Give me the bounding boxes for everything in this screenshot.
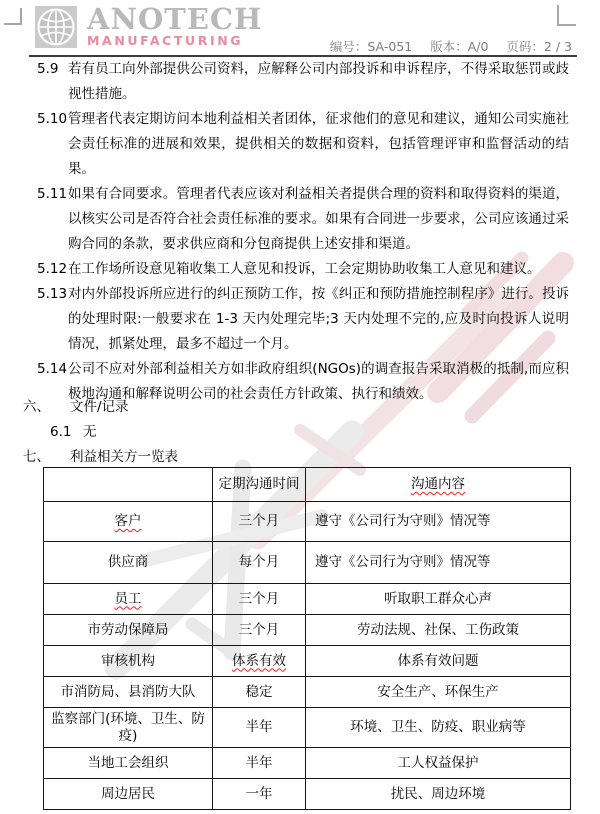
version-label: 版本：	[430, 39, 468, 54]
doc-no-value: SA-051	[367, 39, 412, 54]
table-row: 员工 三个月 听取职工群众心声	[44, 584, 571, 615]
company-logo: ANOTECH MANUFACTURING	[34, 5, 262, 49]
version-value: A/0	[468, 39, 489, 54]
stakeholder-table: 定期沟通时间 沟通内容 客户 三个月 遵守《公司行为守则》情况等 供应商 每个月…	[43, 467, 571, 810]
table-header-row: 定期沟通时间 沟通内容	[44, 468, 571, 502]
header-cell-time: 定期沟通时间	[213, 468, 306, 502]
clause-text: 若有员工向外部提供公司资料，应解释公司内部投诉和申诉程序，不得采取惩罚或歧视性措…	[68, 61, 569, 102]
clause-text: 管理者代表定期访问本地利益相关者团体，征求他们的意见和建议，通知公司实施社会责任…	[68, 111, 569, 177]
table-row: 监察部门(环境、卫生、防疫) 半年 环境、卫生、防疫、职业病等	[44, 708, 571, 748]
clause-text: 在工作场所设意见箱收集工人意见和投诉，工会定期协助收集工人意见和建议。	[68, 261, 541, 277]
crop-mark-top-right	[557, 5, 576, 26]
cell-content: 遵守《公司行为守则》情况等	[306, 542, 571, 584]
section-headings: 六、文件/记录 6.1无 七、利益相关方一览表	[23, 395, 178, 470]
cell-party: 监察部门(环境、卫生、防疫)	[44, 708, 213, 748]
header-cell-party	[44, 468, 213, 502]
page-value: 2 / 3	[544, 39, 572, 54]
section-6-number: 六、	[23, 395, 70, 420]
logo-text: ANOTECH MANUFACTURING	[87, 5, 262, 48]
clause-text: 对内外部投诉所应进行的纠正预防工作，按《纠正和预防措施控制程序》进行。投诉的处理…	[68, 286, 569, 352]
cell-time: 三个月	[213, 584, 306, 615]
cell-content: 遵守《公司行为守则》情况等	[306, 502, 571, 542]
cell-content: 听取职工群众心声	[306, 584, 571, 615]
document-page: ANOTECH MANUFACTURING 编号：SA-051 版本：A/0 页…	[0, 0, 600, 814]
cell-party: 当地工会组织	[44, 748, 213, 779]
section-6-item: 6.1无	[50, 420, 178, 445]
cell-time: 半年	[213, 708, 306, 748]
section-6-heading: 六、文件/记录	[23, 395, 178, 420]
section-6-item-number: 6.1	[50, 420, 83, 445]
section-7-title: 利益相关方一览表	[70, 449, 178, 465]
clause-list: 5.9 若有员工向外部提供公司资料，应解释公司内部投诉和申诉程序，不得采取惩罚或…	[23, 57, 569, 407]
table-row: 供应商 每个月 遵守《公司行为守则》情况等	[44, 542, 571, 584]
clause-number: 5.14	[37, 357, 67, 382]
cell-content: 环境、卫生、防疫、职业病等	[306, 708, 571, 748]
cell-party: 市消防局、县消防大队	[44, 677, 213, 708]
clause-number: 5.12	[37, 257, 67, 282]
table-row: 当地工会组织 半年 工人权益保护	[44, 748, 571, 779]
document-meta: 编号：SA-051 版本：A/0 页码：2 / 3	[330, 37, 572, 55]
table-row: 周边居民 一年 扰民、周边环境	[44, 779, 571, 810]
cell-content: 劳动法规、社保、工伤政策	[306, 615, 571, 646]
cell-time: 体系有效	[213, 646, 306, 677]
header-cell-content: 沟通内容	[306, 468, 571, 502]
clause-5-10: 5.10 管理者代表定期访问本地利益相关者团体，征求他们的意见和建议，通知公司实…	[37, 107, 569, 182]
section-6-item-text: 无	[83, 424, 97, 440]
cell-content: 体系有效问题	[306, 646, 571, 677]
cell-time: 稳定	[213, 677, 306, 708]
clause-5-11: 5.11 如果有合同要求。管理者代表应该对利益相关者提供合理的资料和取得资料的渠…	[37, 182, 569, 257]
clause-number: 5.9	[37, 57, 58, 82]
clause-text: 如果有合同要求。管理者代表应该对利益相关者提供合理的资料和取得资料的渠道，以核实…	[68, 186, 569, 252]
clause-number: 5.13	[37, 282, 67, 307]
cell-content: 工人权益保护	[306, 748, 571, 779]
clause-number: 5.10	[37, 107, 67, 132]
cell-time: 半年	[213, 748, 306, 779]
clause-5-13: 5.13 对内外部投诉所应进行的纠正预防工作，按《纠正和预防措施控制程序》进行。…	[37, 282, 569, 357]
table-row: 市消防局、县消防大队 稳定 安全生产、环保生产	[44, 677, 571, 708]
clause-number: 5.11	[37, 182, 67, 207]
page-label: 页码：	[506, 39, 544, 54]
globe-icon	[34, 5, 78, 49]
crop-mark-top-left	[4, 8, 22, 25]
logo-name: ANOTECH	[87, 5, 262, 34]
clause-5-9: 5.9 若有员工向外部提供公司资料，应解释公司内部投诉和申诉程序，不得采取惩罚或…	[37, 57, 569, 107]
cell-content: 扰民、周边环境	[306, 779, 571, 810]
cell-party: 市劳动保障局	[44, 615, 213, 646]
section-6-title: 文件/记录	[70, 399, 129, 415]
cell-time: 三个月	[213, 615, 306, 646]
doc-no-label: 编号：	[330, 39, 368, 54]
table-row: 审核机构 体系有效 体系有效问题	[44, 646, 571, 677]
cell-party: 供应商	[44, 542, 213, 584]
logo-subtitle: MANUFACTURING	[87, 35, 262, 48]
cell-party: 审核机构	[44, 646, 213, 677]
cell-party: 周边居民	[44, 779, 213, 810]
cell-party: 员工	[44, 584, 213, 615]
table-row: 客户 三个月 遵守《公司行为守则》情况等	[44, 502, 571, 542]
cell-content: 安全生产、环保生产	[306, 677, 571, 708]
table-row: 市劳动保障局 三个月 劳动法规、社保、工伤政策	[44, 615, 571, 646]
cell-time: 三个月	[213, 502, 306, 542]
cell-party: 客户	[44, 502, 213, 542]
cell-time: 一年	[213, 779, 306, 810]
clause-5-12: 5.12 在工作场所设意见箱收集工人意见和投诉，工会定期协助收集工人意见和建议。	[37, 257, 569, 282]
cell-time: 每个月	[213, 542, 306, 584]
